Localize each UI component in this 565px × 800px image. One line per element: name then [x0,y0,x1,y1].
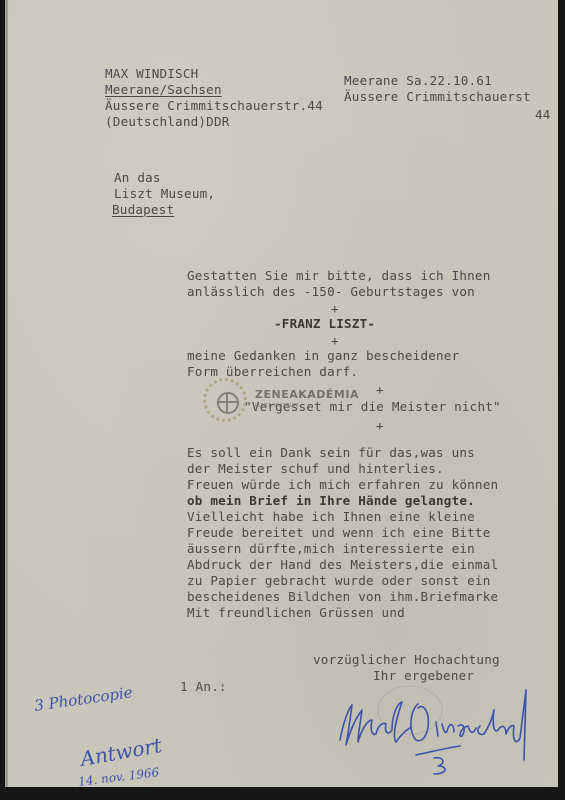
body-line: bescheidenes Bildchen von ihm.Briefmarke [187,589,498,605]
sender-country: (Deutschland)DDR [105,114,230,130]
recipient-line-2: Liszt Museum, [114,186,215,202]
recipient-line-3: Budapest [112,202,174,218]
body-line: Freude bereitet und wenn ich eine Bitte [187,525,491,541]
stamp-subtitle: LISZT MÚZEUM [255,403,299,409]
zeneakademia-stamp: ZENEAKADÉMIA LISZT MÚZEUM [203,378,363,426]
sender-street: Äussere Crimmitschauerstr.44 [105,98,323,114]
body-line: Mit freundlichen Grüssen und [187,605,405,621]
page-edge [5,0,8,787]
body-line: Freuen würde ich mich erfahren zu können [187,477,498,493]
enclosure-note: 1 An.: [180,679,227,695]
body-line: äussern dürfte,mich interessierte ein [187,541,475,557]
sender-name: MAX WINDISCH [105,66,198,82]
plus-mark: + [376,382,384,398]
franz-liszt-heading: -FRANZ LISZT- [274,316,375,332]
body-line: Abdruck der Hand des Meisters,die einmal [187,557,498,573]
body-line: Gestatten Sie mir bitte, dass ich Ihnen [187,268,491,284]
body-line: anlässlich des -150- Geburtstages von [187,284,475,300]
stamp-seal-icon [203,378,247,422]
dateline-number: 44 [535,107,551,123]
plus-mark: + [331,333,339,349]
signature [330,680,540,780]
body-line: zu Papier gebracht wurde oder sonst ein [187,573,491,589]
plus-mark: + [376,418,384,434]
plus-mark: + [331,301,339,317]
stamp-title: ZENEAKADÉMIA [255,388,359,401]
body-line: Vielleicht habe ich Ihnen eine kleine [187,509,475,525]
dateline-street: Äussere Crimmitschauerst [344,89,531,105]
sender-city: Meerane/Sachsen [105,82,222,98]
body-line: meine Gedanken in ganz bescheidener [187,348,459,364]
stamp-emblem-icon [217,392,239,414]
body-line: Es soll ein Dank sein für das,was uns [187,445,475,461]
closing-line-1: vorzüglicher Hochachtung [313,652,500,668]
recipient-line-1: An das [114,170,161,186]
body-line: ob mein Brief in Ihre Hände gelangte. [187,493,475,509]
body-line: der Meister schuf und hinterlies. [187,461,444,477]
place-date: Meerane Sa.22.10.61 [344,73,492,89]
